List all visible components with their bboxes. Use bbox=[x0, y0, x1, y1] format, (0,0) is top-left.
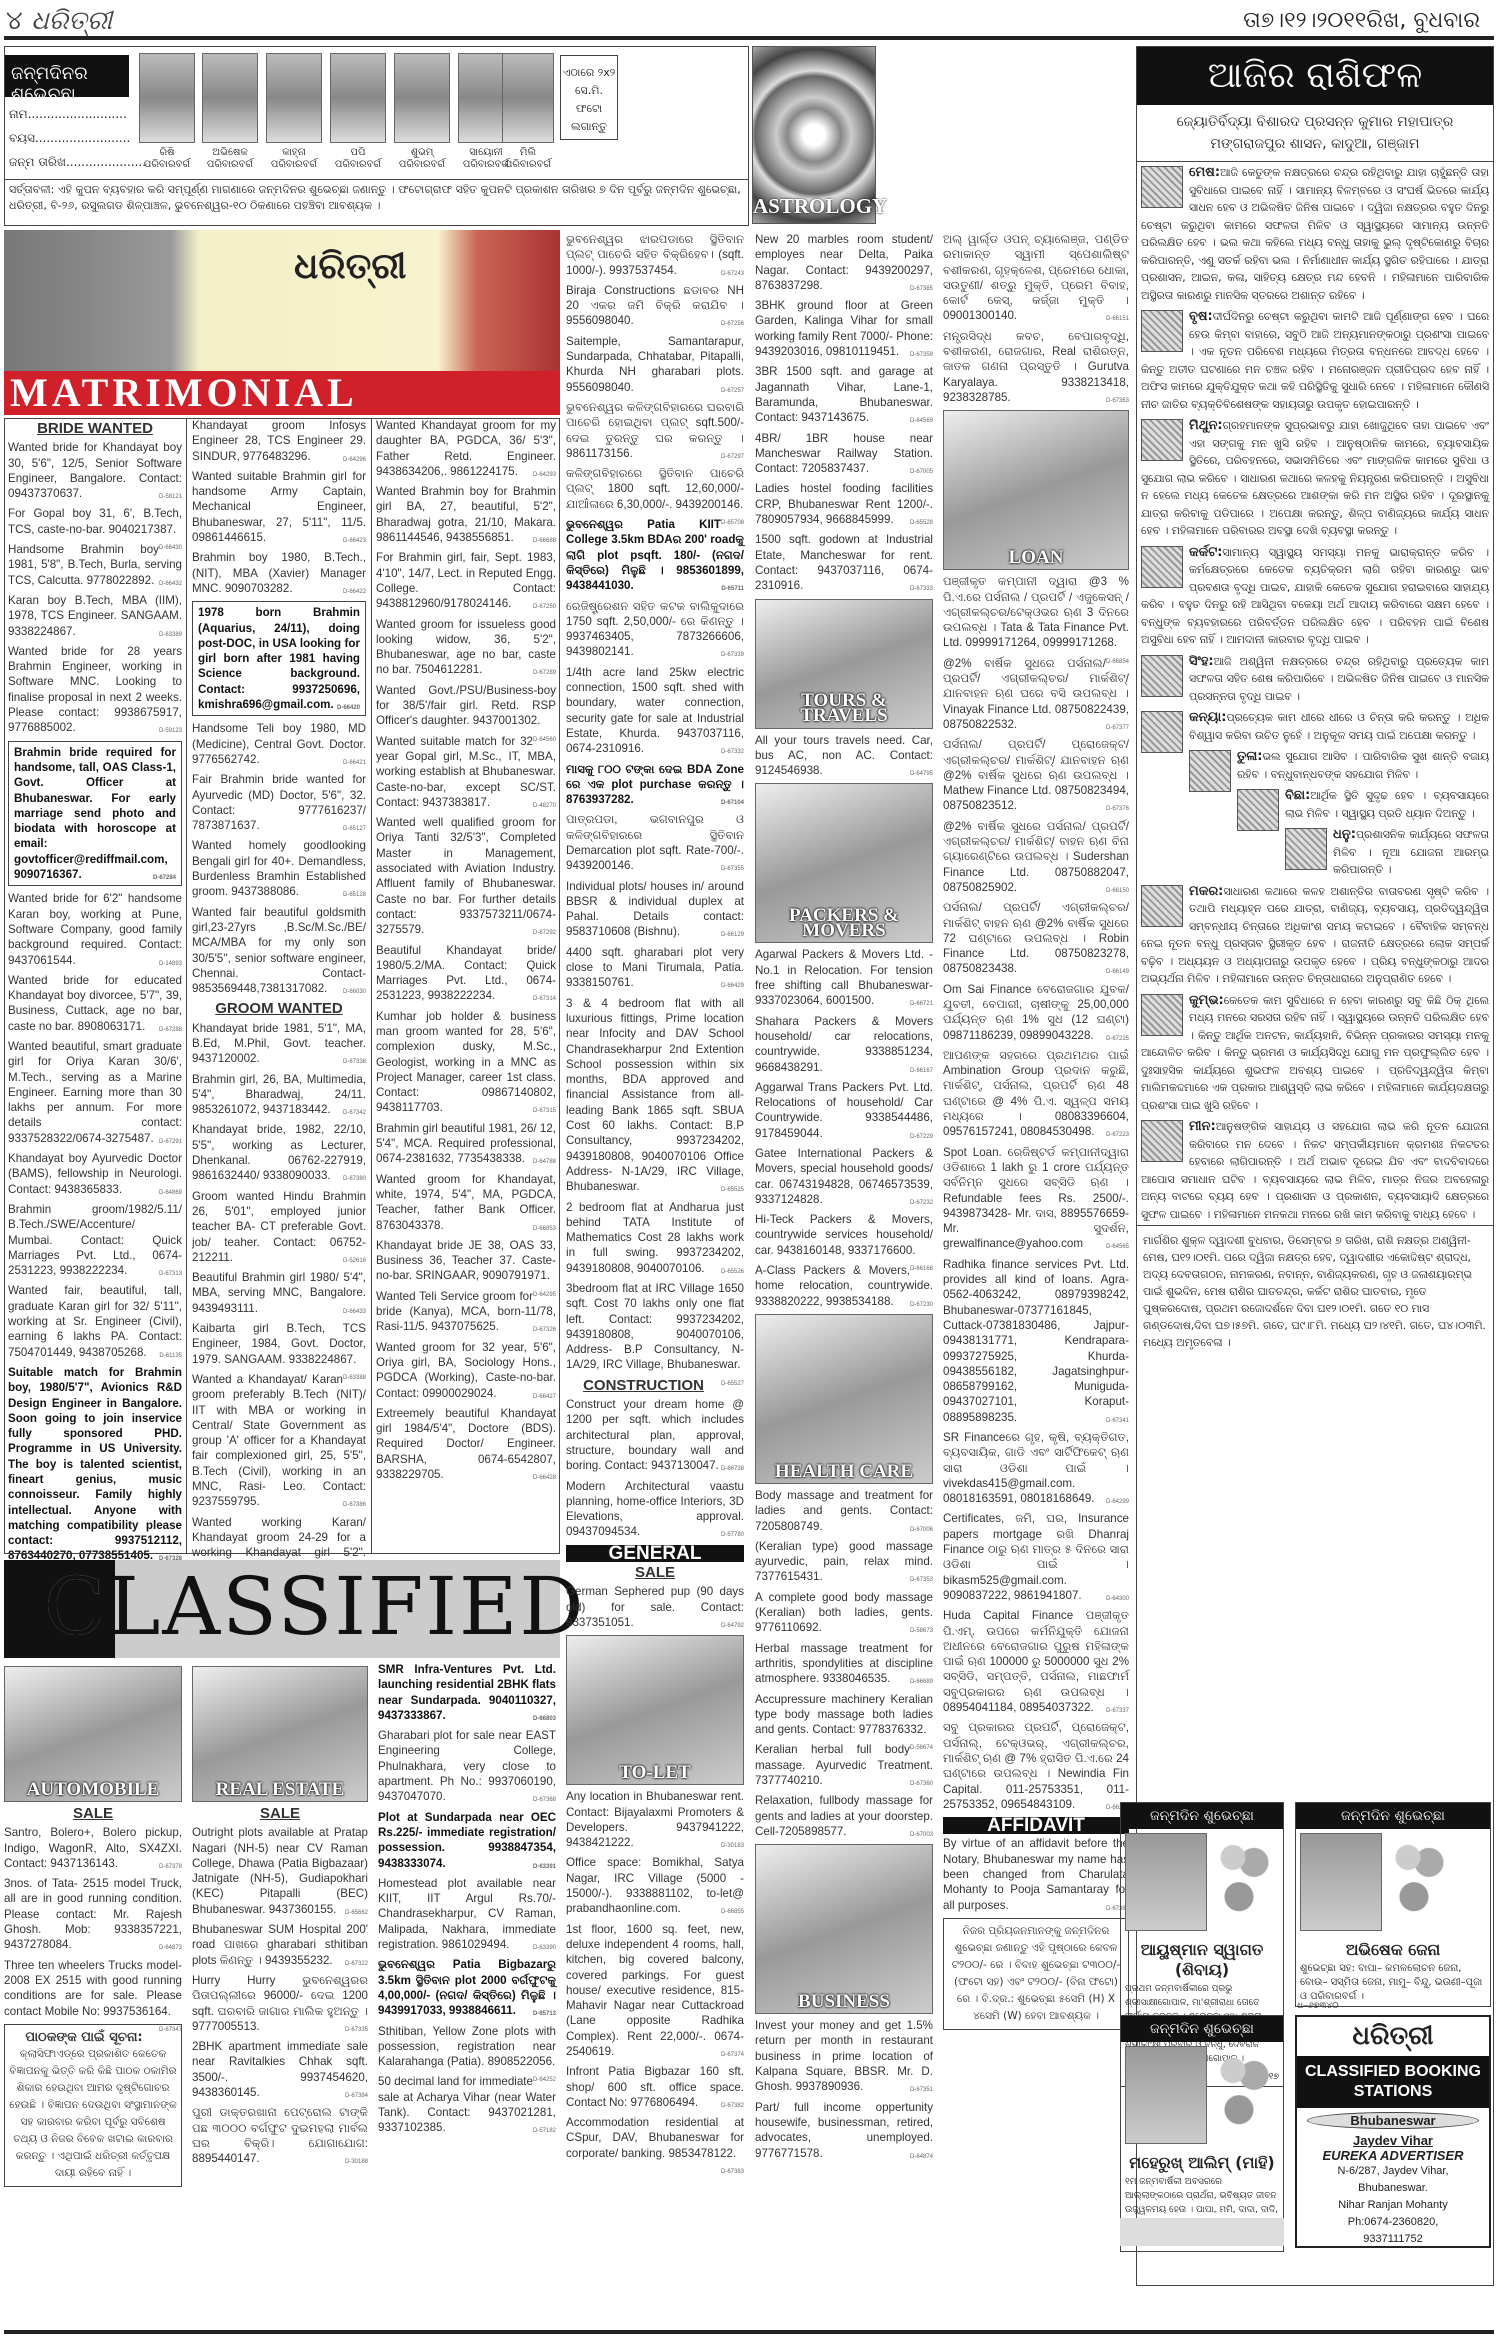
classified-ad: 1978 born Brahmin (Aquarius, 24/11), doi… bbox=[192, 601, 366, 716]
classified-ad: 50 decimal land for immediate sale at Ac… bbox=[378, 2074, 556, 2135]
ad-code: D-67386 bbox=[343, 1494, 366, 1513]
ad-code: D-65528 bbox=[910, 512, 933, 531]
classified-ad: ଭୁବନେଶ୍ୱର ଝାରପଡାରେ ସ୍ଥିତିବାନ ପ୍ଲଟ୍ ପାଚେର… bbox=[566, 232, 744, 278]
classified-ad: Shahara Packers & Movers household/ car … bbox=[755, 1014, 933, 1075]
ad-code: D-64299 bbox=[1106, 1491, 1129, 1510]
photo-placeholder: ଏଠାରେ ୨x୨ ସେ.ମି. ଫଟୋ ଲଗାନ୍ତୁ bbox=[560, 55, 618, 140]
ad-code: D-67288 bbox=[159, 1019, 182, 1038]
matrimonial-col-1: BRIDE WANTED Wanted bride for Khandayat … bbox=[8, 418, 182, 1569]
classified-ad: Wanted suitable Brahmin girl for handsom… bbox=[192, 469, 366, 545]
sign-entry: ମିଥୁନ:ଗ୍ରହମାନଙ୍କ ସୁପ୍ରଭାବରୁ ଯାହା ଖୋଜୁଥିବ… bbox=[1137, 415, 1493, 542]
classified-ad: Herbal massage treatment for arthritis, … bbox=[755, 1641, 933, 1687]
classified-ad: Saitemple, Samantarapur, Sundarpada, Chh… bbox=[566, 334, 744, 395]
child-photo bbox=[502, 53, 554, 143]
ad-code: D-63390 bbox=[533, 1937, 556, 1956]
classified-ad: Body massage and treatment for ladies an… bbox=[755, 1488, 933, 1534]
ad-code: D-64788 bbox=[533, 1151, 556, 1170]
newspaper-logo: ଧରିତ୍ରୀ bbox=[294, 245, 406, 288]
classified-ad: (Keralian type) good massage ayurvedic, … bbox=[755, 1539, 933, 1585]
ad-code: D-67335 bbox=[345, 2019, 368, 2038]
ad-code: D-65662 bbox=[345, 1902, 368, 1921]
classified-ad: Outright plots available at Pratap Nagar… bbox=[192, 1825, 368, 1917]
bride-wanted-heading: BRIDE WANTED bbox=[8, 421, 182, 436]
leo-icon bbox=[1141, 655, 1183, 697]
classified-ad: Extreemely beautiful Khandayat girl 1984… bbox=[376, 1406, 556, 1482]
classified-ad: Khandayat bride 1981, 5'1", MA, B.Ed, M.… bbox=[192, 1021, 366, 1067]
ad-code: D-14893 bbox=[159, 953, 182, 972]
classified-ad: Brahmin girl beautiful 1981, 26/ 12, 5'4… bbox=[376, 1121, 556, 1167]
ad-code: D-66149 bbox=[1106, 961, 1129, 980]
classified-ad: Wanted bride for 6'2" handsome Karan boy… bbox=[8, 891, 182, 967]
ad-code: D-66429 bbox=[721, 975, 744, 994]
ad-code: D-67313 bbox=[159, 1263, 182, 1282]
real-estate-column: ଭୁବନେଶ୍ୱର ଝାରପଡାରେ ସ୍ଥିତିବାନ ପ୍ଲଟ୍ ପାଚେର… bbox=[566, 232, 744, 2180]
classified-banner: CCLASSIFIED bbox=[4, 1560, 560, 1658]
ad-code: D-67377 bbox=[1106, 717, 1129, 736]
classified-ad: Wanted groom for 32 year, 5'6", Oriya gi… bbox=[376, 1340, 556, 1401]
classified-ad: Gharabari plot for sale near EAST Engine… bbox=[378, 1728, 556, 1804]
sign-entry: ଧନୁ:ପ୍ରଶାସନିକ କାର୍ଯ୍ୟରେ ସଫଳତା ମିଳିବ । ନୂ… bbox=[1137, 824, 1493, 881]
classified-ad: German Sephered pup (90 days old) for sa… bbox=[566, 1584, 744, 1630]
balloons-icon bbox=[1390, 1833, 1450, 1931]
ad-code: D-67322 bbox=[345, 1953, 368, 1972]
ad-code: D-67341 bbox=[1106, 1410, 1129, 1429]
ad-code: D-65127 bbox=[343, 818, 366, 837]
ad-code: D-58673 bbox=[910, 1620, 933, 1639]
photo-caption: ରିଷିପରିବାରବର୍ଗ bbox=[132, 147, 202, 171]
ad-code: D-67353 bbox=[910, 1569, 933, 1588]
coupon-terms: ସର୍ତ୍ତାବଳୀ: ଏହି କୁପନ ବ୍ୟବହାର କରି ସମ୍ପୂର୍… bbox=[5, 179, 748, 216]
ad-code: D-66689 bbox=[910, 1671, 933, 1690]
ad-code: D-67232 bbox=[910, 1192, 933, 1211]
blank-ad-space bbox=[1120, 2218, 1284, 2246]
classified-ad: Beautiful Khandayat bride/ 1980/5.2/MA. … bbox=[376, 943, 556, 1004]
ad-code: D-66855 bbox=[721, 1901, 744, 1920]
classified-ad: Wanted bride for 28 years Brahmin Engine… bbox=[8, 644, 182, 736]
birthday-wish-card: ଜନ୍ମଦିନ ଶୁଭେଚ୍ଛା ମହେରୁଖ୍ ଆଲିମ୍ (ମାହି) ୧ମ… bbox=[1120, 2015, 1284, 2252]
classified-ad: Wanted suitable match for 32 year Gopal … bbox=[376, 734, 556, 810]
classified-ad: କଳିଙ୍ଗବିହାରରେ ସ୍ଥିତିବାନ ପାଚେରି ପ୍ଲଟ୍ 180… bbox=[566, 466, 744, 512]
real-estate-image: REAL ESTATE bbox=[192, 1666, 368, 1802]
ad-code: D-67342 bbox=[343, 1102, 366, 1121]
aries-icon bbox=[1141, 166, 1183, 208]
groom-wanted-heading: GROOM WANTED bbox=[192, 1001, 366, 1016]
ad-code: D-67289 bbox=[533, 662, 556, 681]
classified-ad: Radhika finance services Pvt. Ltd. provi… bbox=[943, 1257, 1129, 1425]
classified-ad: Khandayat groom Infosys Engineer 28, TCS… bbox=[192, 418, 366, 464]
classified-ad: Sthitiban, Yellow Zone plots with posses… bbox=[378, 2024, 556, 2070]
ad-code: D-63391 bbox=[533, 1856, 556, 1875]
ad-code: D-64565 bbox=[1106, 1236, 1129, 1255]
classified-ad: Huda Capital Finance ପଞ୍ଜୀକୃତ ପି.ଏମ୍. ଉପ… bbox=[943, 1608, 1129, 1715]
ad-code: D-67380 bbox=[343, 1168, 366, 1187]
ad-code: D-66803 bbox=[533, 1708, 556, 1727]
classified-ad: ଆପଣଙ୍କ ସହରରେ ପ୍ରଥମଥର ପାଇଁ Ambination Gro… bbox=[943, 1048, 1129, 1140]
classified-ad: Gatee International Packers & Movers, sp… bbox=[755, 1146, 933, 1207]
birthday-wish-card: ଜନ୍ମଦିନ ଶୁଭେଚ୍ଛା ଅଭିଷେକ ଜେନା ଶୁଭେଚ୍ଛା ସହ… bbox=[1295, 1802, 1491, 2007]
ad-code: D-66168 bbox=[910, 1258, 933, 1277]
matrimonial-banner: ଧରିତ୍ରୀ MATRIMONIAL bbox=[4, 230, 560, 415]
classified-ad: Invest your money and get 1.5% return pe… bbox=[755, 2018, 933, 2094]
classified-ad: Bhubaneswar SUM Hospital 200' road ପାଖରେ… bbox=[192, 1922, 368, 1968]
birthday-coupon: ଜନ୍ମଦିନର ଶୁଭେଚ୍ଛା ନାମ...................… bbox=[4, 46, 749, 226]
classified-ad: By virtue of an affidavit before the Not… bbox=[943, 1836, 1129, 1912]
sign-entry: ମୀନ:ଆନୁଷଙ୍ଗିକ ସାହାଯ୍ୟ ଓ ସହଯୋଗ ଲାଭ କରି ନୂ… bbox=[1137, 1116, 1493, 1225]
classified-ad: Handsome Teli boy 1980, MD (Medicine), C… bbox=[192, 721, 366, 767]
classified-ad: ଭୁବନେଶ୍ୱର Patia KIIT College 3.5km BDAର … bbox=[566, 517, 744, 593]
ad-code: D-66030 bbox=[343, 981, 366, 1000]
classified-ad: Khandayat boy Ayurvedic Doctor (BAMS), f… bbox=[8, 1151, 182, 1197]
classified-ad: ପର୍ସନାଲ/ ପ୍ରପର୍ଟି/ ପ୍ରୋଜେକ୍ଟ/ ଏଗ୍ରୀକଲ୍ଚର… bbox=[943, 737, 1129, 813]
classified-ad: @2% ବାର୍ଷିକ ସୁଧରେ ପର୍ସନାଲ/ ପ୍ରପର୍ଟି/ ଏଗ୍… bbox=[943, 656, 1129, 732]
ad-code: D-67292 bbox=[533, 922, 556, 941]
ad-code: D-67355 bbox=[721, 858, 744, 877]
classified-ad: Three ten wheelers Trucks model-2008 EX … bbox=[4, 1958, 182, 2019]
classified-ad: Keralian herbal full body massage. Ayurv… bbox=[755, 1742, 933, 1788]
column-divider bbox=[371, 418, 372, 1553]
classified-ad: Kaibarta girl B.Tech, TCS Engineer, 1984… bbox=[192, 1321, 366, 1367]
newspaper-logo: ଧରିତ୍ରୀ bbox=[1297, 2017, 1489, 2056]
birthday-wish-notice: ନିଜର ପ୍ରିୟଜନମାନଙ୍କୁ ଜନ୍ମଦିନର ଶୁଭେଚ୍ଛା ଜଣ… bbox=[943, 1918, 1129, 2030]
ad-code: D-67376 bbox=[1106, 798, 1129, 817]
classified-ad: For Brahmin girl, fair, Sept. 1983, 4'10… bbox=[376, 550, 556, 611]
classified-ad: Brahmin boy 1980, B.Tech., (NIT), MBA (X… bbox=[192, 550, 366, 596]
ad-code: D-66421 bbox=[343, 752, 366, 771]
ad-code: D-66422 bbox=[343, 581, 366, 600]
classified-ad: 1/4th acre land 25kw electric connection… bbox=[566, 665, 744, 757]
ad-code: D-67332 bbox=[721, 741, 744, 760]
classified-ad: Biraja Constructions ଛଡାବର NH 20 ଏକର ଜମି… bbox=[566, 283, 744, 329]
classified-ad: Accommodation residential at CSpur, DAV,… bbox=[566, 2115, 744, 2161]
astrologer-byline: ଜ୍ୟୋତିର୍ବିଦ୍ୟା ବିଶାରଦ ପ୍ରସନ୍ନ କୁମାର ମହାପ… bbox=[1137, 105, 1493, 162]
ad-code: D-64874 bbox=[910, 2146, 933, 2165]
footer-divider bbox=[4, 2330, 1494, 2334]
ad-code: D-64792 bbox=[721, 1615, 744, 1634]
balloons-icon bbox=[1215, 2046, 1275, 2144]
child-photo bbox=[202, 53, 258, 143]
ad-code: D-67291 bbox=[159, 1131, 182, 1150]
classified-ad: Wanted groom for issueless good looking … bbox=[376, 617, 556, 678]
ad-code: D-67374 bbox=[721, 2044, 744, 2063]
cancer-icon bbox=[1141, 546, 1183, 588]
ad-code: D-67384 bbox=[345, 2085, 368, 2104]
classified-ad: A complete good body massage (Keralian) … bbox=[755, 1590, 933, 1636]
astro-loan-column: ଅଲ୍ ୱାର୍ଲ୍ଡ ଓପନ୍ ଚ୍ୟାଲେଞ୍ଜ, ପଣ୍ଡିତ ରମାକା… bbox=[943, 232, 1129, 2030]
ad-code: D-67385 bbox=[910, 278, 933, 297]
ad-code: D-57780 bbox=[721, 1524, 744, 1543]
child-photo bbox=[330, 53, 386, 143]
ad-code: D-65527 bbox=[721, 1373, 744, 1392]
classified-ad: Wanted Brahmin boy for Brahmin girl BA, … bbox=[376, 484, 556, 545]
classified-ad: Brahmin bride required for handsome, tal… bbox=[8, 741, 182, 887]
classified-ad: Wanted Govt./PSU/Business-boy for 38/5'/… bbox=[376, 683, 556, 729]
baby-photo bbox=[1125, 1833, 1207, 1931]
classified-ad: Hi-Teck Packers & Movers, countrywide se… bbox=[755, 1212, 933, 1258]
classified-ad: SR Financeରେ ଗୃହ, କୃଷି, ବ୍ୟକ୍ତିଗତ, ବ୍ୟବସ… bbox=[943, 1430, 1129, 1506]
ad-code: D-64869 bbox=[159, 1182, 182, 1201]
ad-code: D-66129 bbox=[721, 924, 744, 943]
ad-code: D-59123 bbox=[159, 720, 182, 739]
name-field[interactable]: ନାମ.......................... bbox=[9, 107, 127, 122]
classified-ad: Wanted fair beautiful goldsmith girl,23-… bbox=[192, 905, 366, 997]
ad-code: D-67284 bbox=[153, 867, 176, 886]
ad-code: D-63388 bbox=[343, 1367, 366, 1386]
libra-icon bbox=[1189, 750, 1231, 792]
ad-code: D-67223 bbox=[1106, 1124, 1129, 1143]
classified-ad: Modern Architectural vaastu planning, ho… bbox=[566, 1479, 744, 1540]
baby-photo bbox=[1125, 2046, 1207, 2144]
classified-ad: Karan boy B.Tech, MBA (IIM), 1978, TCS E… bbox=[8, 593, 182, 639]
affidavit-heading: AFFIDAVIT bbox=[943, 1817, 1129, 1834]
ad-code: D-66854 bbox=[1106, 651, 1129, 670]
ad-code: D-66738 bbox=[721, 1458, 744, 1477]
classified-ad: Aggarwal Trans Packers Pvt. Ltd. Relocat… bbox=[755, 1080, 933, 1141]
sale-heading: SALE bbox=[4, 1806, 182, 1821]
ad-code: D-65711 bbox=[721, 578, 744, 597]
classified-ad: Office space: Bomikhal, Satya Nagar, IRC… bbox=[566, 1855, 744, 1916]
ad-code: D-67297 bbox=[721, 446, 744, 465]
sign-entry: ମକର:ସାଧାରଣ କଥାରେ କଳହ ଅଶାନ୍ତିର ବାତାବରଣ ସୃ… bbox=[1137, 881, 1493, 990]
taurus-icon bbox=[1141, 310, 1183, 352]
classified-ad: A-Class Packers & Movers, home relocatio… bbox=[755, 1263, 933, 1309]
classified-ad: Handsome Brahmin boy 1981, 5'8", B.Tech,… bbox=[8, 542, 182, 588]
sale-heading: SALE bbox=[566, 1565, 744, 1580]
classified-ad: 2BHK apartment immediate sale near Ravit… bbox=[192, 2039, 368, 2100]
ad-code: D-66688 bbox=[533, 530, 556, 549]
ad-code: D-67351 bbox=[910, 2079, 933, 2098]
classified-ad: 2 bedroom flat at Andharua just behind T… bbox=[566, 1200, 744, 1276]
classified-ad: Groom wanted Hindu Brahmin 26, 5'01", em… bbox=[192, 1189, 366, 1265]
classified-ad: Hurry Hurry ଭୁବନେଶ୍ୱରର ପିତାପଲ୍ଲୀରେ 96000… bbox=[192, 1973, 368, 2034]
ad-code: D-64560 bbox=[533, 729, 556, 748]
classified-ad: 4400 sqft. gharabari plot very close to … bbox=[566, 945, 744, 991]
ad-code: D-67360 bbox=[910, 1773, 933, 1792]
age-field[interactable]: ବୟସ......................... bbox=[9, 131, 130, 146]
virgo-icon bbox=[1141, 711, 1183, 753]
ad-code: D-67256 bbox=[721, 313, 744, 332]
boy-photo bbox=[1300, 1833, 1382, 1931]
ad-code: D-57182 bbox=[533, 2120, 556, 2139]
ad-code: D-67359 bbox=[910, 344, 933, 363]
sign-entry: ବୃଷ:ଦୀର୍ଘଦିନରୁ ଚେଷ୍ଟା କରୁଥିବା କାମଟି ଆଜି … bbox=[1137, 306, 1493, 415]
classified-ad: Wanted a Khandayat/ Karan groom preferab… bbox=[192, 1372, 366, 1510]
ad-code: D-67363 bbox=[1106, 390, 1129, 409]
automobile-section: AUTOMOBILE SALE Santro, Bolero+, Bolero … bbox=[4, 1662, 182, 2187]
ad-code: D-66420 bbox=[337, 697, 360, 716]
classified-ad: Wanted Khandayat groom for my daughter B… bbox=[376, 418, 556, 479]
ad-code: D-67326 bbox=[533, 1319, 556, 1338]
classified-ad: Kumhar job holder & business man groom w… bbox=[376, 1009, 556, 1116]
astrology-image: ASTROLOGY bbox=[752, 46, 876, 224]
classified-ad: Santro, Bolero+, Bolero pickup, Indigo, … bbox=[4, 1825, 182, 1871]
coupon-title: ଜନ୍ମଦିନର ଶୁଭେଚ୍ଛା bbox=[5, 55, 129, 97]
gemini-icon bbox=[1141, 419, 1183, 461]
ad-code: D-67257 bbox=[721, 380, 744, 399]
sign-entry: ମେଷ:ଆଜି କେତୁଙ୍କ ନକ୍ଷତ୍ରରେ ଚନ୍ଦ୍ର ରହିଥିବା… bbox=[1137, 162, 1493, 306]
newspaper-logo: ଧରିତ୍ରୀ bbox=[31, 6, 112, 36]
photo-caption: ଅଭିଷେକପରିବାରବର୍ଗ bbox=[195, 147, 265, 171]
classified-ad: ଅଲ୍ ୱାର୍ଲ୍ଡ ଓପନ୍ ଚ୍ୟାଲେଞ୍ଜ, ପଣ୍ଡିତ ରମାକା… bbox=[943, 232, 1129, 324]
ad-code: D-52616 bbox=[343, 1250, 366, 1269]
classified-ad: Suitable match for Brahmin boy, 1980/5'7… bbox=[8, 1365, 182, 1564]
classified-ad: ପର୍ସନାଲ/ ପ୍ରପର୍ଟି/ ଏଗ୍ରୀକଲ୍ଚର/ ମାର୍କଶିଟ୍… bbox=[943, 900, 1129, 976]
photo-caption: ଶୁଭମ୍ପରିବାରବର୍ଗ bbox=[387, 147, 457, 171]
construction-heading: CONSTRUCTION bbox=[566, 1378, 744, 1393]
ad-code: D-66433 bbox=[343, 1301, 366, 1320]
ad-code: D-66167 bbox=[910, 1060, 933, 1079]
ad-code: D-67005 bbox=[910, 461, 933, 480]
scorpio-icon bbox=[1237, 789, 1279, 831]
classified-ad: Fair Brahmin bride wanted for Ayurvedic … bbox=[192, 772, 366, 833]
ad-code: D-63389 bbox=[159, 624, 182, 643]
sign-entry: କନ୍ୟା:ପ୍ରତ୍ୟେକ କାମ ଧୀରେ ଧୀରେ ଓ ଚିନ୍ତା କର… bbox=[1137, 707, 1493, 746]
ad-code: D-67315 bbox=[533, 1100, 556, 1119]
classified-ad: 1500 sqft. godown at Industrial Etate, M… bbox=[755, 532, 933, 593]
rent-services-column: New 20 marbles room student/ employes ne… bbox=[755, 232, 933, 2166]
ad-code: D-66853 bbox=[533, 1218, 556, 1237]
ad-code: D-66151 bbox=[1106, 308, 1129, 327]
classified-ad: 3 & 4 bedroom flat with all luxurious fi… bbox=[566, 996, 744, 1195]
ad-code: D-67314 bbox=[533, 988, 556, 1007]
ad-code: D-30188 bbox=[345, 2151, 368, 2170]
panjika-box: ମାର୍ଗଶିର ଶୁକ୍ଳ ଦ୍ୱାଦଶୀ ବୁଧବାର, ଡିସେମ୍ବର … bbox=[1137, 1225, 1493, 1357]
ad-code: D-67230 bbox=[910, 1294, 933, 1313]
classified-ad: Construct your dream home @ 1200 per sqf… bbox=[566, 1397, 744, 1473]
ad-code: D-67225 bbox=[1106, 1028, 1129, 1047]
ad-code: D-65128 bbox=[343, 884, 366, 903]
page-header-left: ୪ ଧରିତ୍ରୀ bbox=[6, 6, 112, 37]
classified-ad: Part/ full income oppertunity housewife,… bbox=[755, 2100, 933, 2161]
general-heading: GENERAL bbox=[566, 1545, 744, 1562]
classified-ad: Relaxation, fullbody massage for gents a… bbox=[755, 1793, 933, 1839]
ad-code: D-61135 bbox=[159, 1345, 182, 1364]
classified-ad: Agarwal Packers & Movers Ltd. - No.1 in … bbox=[755, 947, 933, 1008]
classified-ad: Infront Patia Bigbazar 160 sft. shop/ 60… bbox=[566, 2064, 744, 2110]
page-number: ୪ bbox=[6, 6, 23, 36]
sign-entry: କୁମ୍ଭ:କେତେକ କାମ ସୁବିଧାରେ ନ ହେବା କାରଣରୁ ସ… bbox=[1137, 990, 1493, 1117]
ad-code: D-66428 bbox=[533, 1467, 556, 1486]
dob-field[interactable]: ଜନ୍ମ ତାରିଖ..................... bbox=[9, 155, 146, 170]
classified-ad: For Gopal boy 31, 6', B.Tech, TCS, caste… bbox=[8, 506, 182, 537]
ad-code: D-65526 bbox=[721, 1261, 744, 1280]
classified-ad: 3BR 1500 sqft. and garage at Jagannath V… bbox=[755, 364, 933, 425]
ad-code: D-67383 bbox=[721, 2161, 744, 2180]
ad-code: D-66721 bbox=[910, 993, 933, 1012]
ad-code: D-66432 bbox=[159, 573, 182, 592]
classified-ad: 1st floor, 1600 sq. feet, new, deluxe in… bbox=[566, 1922, 744, 2060]
ad-code: D-64293 bbox=[533, 464, 556, 483]
ad-code: D-67229 bbox=[910, 1126, 933, 1145]
ad-code: D-48270 bbox=[533, 795, 556, 814]
classified-ad: Spot Loan. ରେଜିଷ୍ଟର୍ଡ କମ୍ପାନୀଦ୍ୱାରା ଓଡିଶ… bbox=[943, 1145, 1129, 1252]
ad-code: D-67337 bbox=[1106, 1700, 1129, 1719]
sign-entry: ସିଂହ:ଆଜି ଅଶ୍ୱିନୀ ନକ୍ଷତ୍ରରେ ଚନ୍ଦ୍ର ରହିଥିବ… bbox=[1137, 651, 1493, 708]
photo-caption: ମିଲିପରିବାରବର୍ଗ bbox=[493, 147, 563, 171]
health-care-image: HEALTH CARE bbox=[755, 1314, 933, 1484]
ad-code: D-64569 bbox=[910, 410, 933, 429]
sign-entry: ତୁଳା:ଭଲ ସୁଯୋଗ ଆସିବ । ପାରିବାରିକ ସୁଖ ଶାନ୍ତ… bbox=[1137, 746, 1493, 785]
classified-ad: Brahmin groom/1982/5.11/ B.Tech./SWE/Acc… bbox=[8, 1202, 182, 1278]
classified-ad: Wanted bride for educated Khandayat boy … bbox=[8, 973, 182, 1034]
horoscope-title: ଆଜିର ରାଶିଫଳ bbox=[1137, 47, 1493, 105]
classified-ad: ପୁରୀ ଡାକ୍ତରଖାନା ପେଟ୍ରୋଲ ଟାଙ୍କି ପଛ ୩୦୦୦ ବ… bbox=[192, 2105, 368, 2166]
classified-ad: Wanted homely goodlooking Bengali girl f… bbox=[192, 838, 366, 899]
page-date: ତା୭।୧୨।୨୦୧୧ରିଖ, ବୁଧବାର bbox=[1243, 8, 1480, 33]
child-photo bbox=[266, 53, 322, 143]
packers-movers-image: PACKERS & MOVERS bbox=[755, 783, 933, 943]
photo-caption: ପପିପରିବାରବର୍ଗ bbox=[323, 147, 393, 171]
ad-code: D-64296 bbox=[343, 449, 366, 468]
photo-caption: କାହ୍ନାପରିବାରବର୍ଗ bbox=[259, 147, 329, 171]
classified-ad: 3bedroom flat at IRC Village 1650 sqft. … bbox=[566, 1281, 744, 1373]
ad-code: D-67243 bbox=[721, 263, 744, 282]
classified-ad: 3BHK ground floor at Green Garden, Kalin… bbox=[755, 298, 933, 359]
ad-code: D-65713 bbox=[533, 2003, 556, 2022]
pisces-icon bbox=[1141, 1120, 1183, 1162]
classified-ad: Individual plots/ houses in/ around BBSR… bbox=[566, 879, 744, 940]
classified-ad: Wanted Teli Service groom for bride (Kan… bbox=[376, 1289, 556, 1335]
classified-ad: Wanted bride for Khandayat boy 30, 5'6",… bbox=[8, 440, 182, 501]
classified-ad: ସବୁ ପ୍ରକାରର ପ୍ରପର୍ଟି, ପ୍ରୋଜେକ୍ଟ, ପର୍ସନାଲ… bbox=[943, 1720, 1129, 1812]
ad-code: D-67378 bbox=[159, 1856, 182, 1875]
capricorn-icon bbox=[1141, 885, 1183, 927]
ad-code: D-64300 bbox=[1106, 1588, 1129, 1607]
loan-image: LOAN bbox=[943, 410, 1129, 570]
classified-ad: SMR Infra-Ventures Pvt. Ltd. launching r… bbox=[378, 1662, 556, 1723]
classified-ad: ଭୁବନେଶ୍ୱର କଳିଙ୍ଗବିହାରରେ ଘରବାରି ପାଚେରି ହୋ… bbox=[566, 400, 744, 461]
classified-ad: Ladies hostel fooding facilities CRP, Bh… bbox=[755, 481, 933, 527]
ad-code: D-67104 bbox=[721, 792, 744, 811]
classified-ad: Accupressure machinery Keralian type bod… bbox=[755, 1692, 933, 1738]
ad-code: D-30183 bbox=[721, 1835, 744, 1854]
booking-stations-box: ଧରିତ୍ରୀ CLASSIFIED BOOKING STATIONS Bhub… bbox=[1295, 2015, 1491, 2248]
child-photo bbox=[139, 53, 195, 143]
aquarius-icon bbox=[1141, 994, 1183, 1036]
classified-ad: Certificates, ଜମି, ଘର, Insurance papers … bbox=[943, 1511, 1129, 1603]
classified-ad: Khandayat bride, 1982, 22/10, 5'5", work… bbox=[192, 1122, 366, 1183]
sale-heading: SALE bbox=[192, 1806, 368, 1821]
ad-code: D-67006 bbox=[910, 1519, 933, 1538]
matrimonial-col-2: Khandayat groom Infosys Engineer 28, TCS… bbox=[192, 418, 366, 1581]
ad-code: D-58121 bbox=[159, 486, 182, 505]
wish-code: ଧ–୬୭୩୪୦ bbox=[1297, 2000, 1339, 2011]
ad-code: D-66427 bbox=[533, 1386, 556, 1405]
classified-ad: ପାତ୍ରପଡା, ଭଗବାନପୁର ଓ କଳିଙ୍ଗବିହାରରେ ସ୍ଥିତ… bbox=[566, 812, 744, 873]
ad-code: D-67338 bbox=[343, 1051, 366, 1070]
classified-ad: Beautiful Brahmin girl 1980/ 5'4", MBA, … bbox=[192, 1270, 366, 1316]
classified-ad: ମନ୍ତ୍ରସିଦ୍ଧ କବଚ, ବେପାରବୃଦ୍ଧି, ବଶୀକରଣ, ରୋ… bbox=[943, 329, 1129, 405]
classified-ad: Wanted well qualified groom for Oriya Ta… bbox=[376, 815, 556, 937]
classified-ad: Homestead plot available near KIIT, IIT … bbox=[378, 1876, 556, 1952]
child-photo bbox=[394, 53, 450, 143]
classified-ad: All your tours travels need. Car, bus AC… bbox=[755, 733, 933, 779]
matrimonial-col-3: Wanted Khandayat groom for my daughter B… bbox=[376, 418, 556, 1487]
plots-section: SMR Infra-Ventures Pvt. Ltd. launching r… bbox=[378, 1662, 556, 2141]
ad-code: D-64252 bbox=[533, 2069, 556, 2088]
reader-notice: ପାଠକଙ୍କ ପାଇଁ ସୂଚନା:କ୍ଲାସିଫାଏଡ୍‌ରେ ପ୍ରକାଶ… bbox=[4, 2024, 182, 2187]
ad-code: D-66150 bbox=[1106, 880, 1129, 899]
classified-ad: Khandayat bride JE 38, OAS 33, Business … bbox=[376, 1238, 556, 1284]
matrimonial-heading: MATRIMONIAL bbox=[4, 371, 560, 415]
ad-code: D-66423 bbox=[343, 530, 366, 549]
classified-ad: @2% ବାର୍ଷିକ ସୁଧରେ ପର୍ସନାଲ/ ପ୍ରପର୍ଟି/ ଏଗ୍… bbox=[943, 819, 1129, 895]
tours-travels-image: TOURS & TRAVELS bbox=[755, 599, 933, 729]
sign-entry: କର୍କଟ:ସାମାନ୍ୟ ସ୍ୱାସ୍ଥ୍ୟ ସମସ୍ୟା ମନକୁ ଭାରା… bbox=[1137, 542, 1493, 651]
ad-code: D-67333 bbox=[910, 578, 933, 597]
ad-code: D-67003 bbox=[910, 1824, 933, 1843]
classified-ad: 4BR/ 1BR house near Mancheswar Railway S… bbox=[755, 431, 933, 477]
ad-code: D-64873 bbox=[159, 1937, 182, 1956]
